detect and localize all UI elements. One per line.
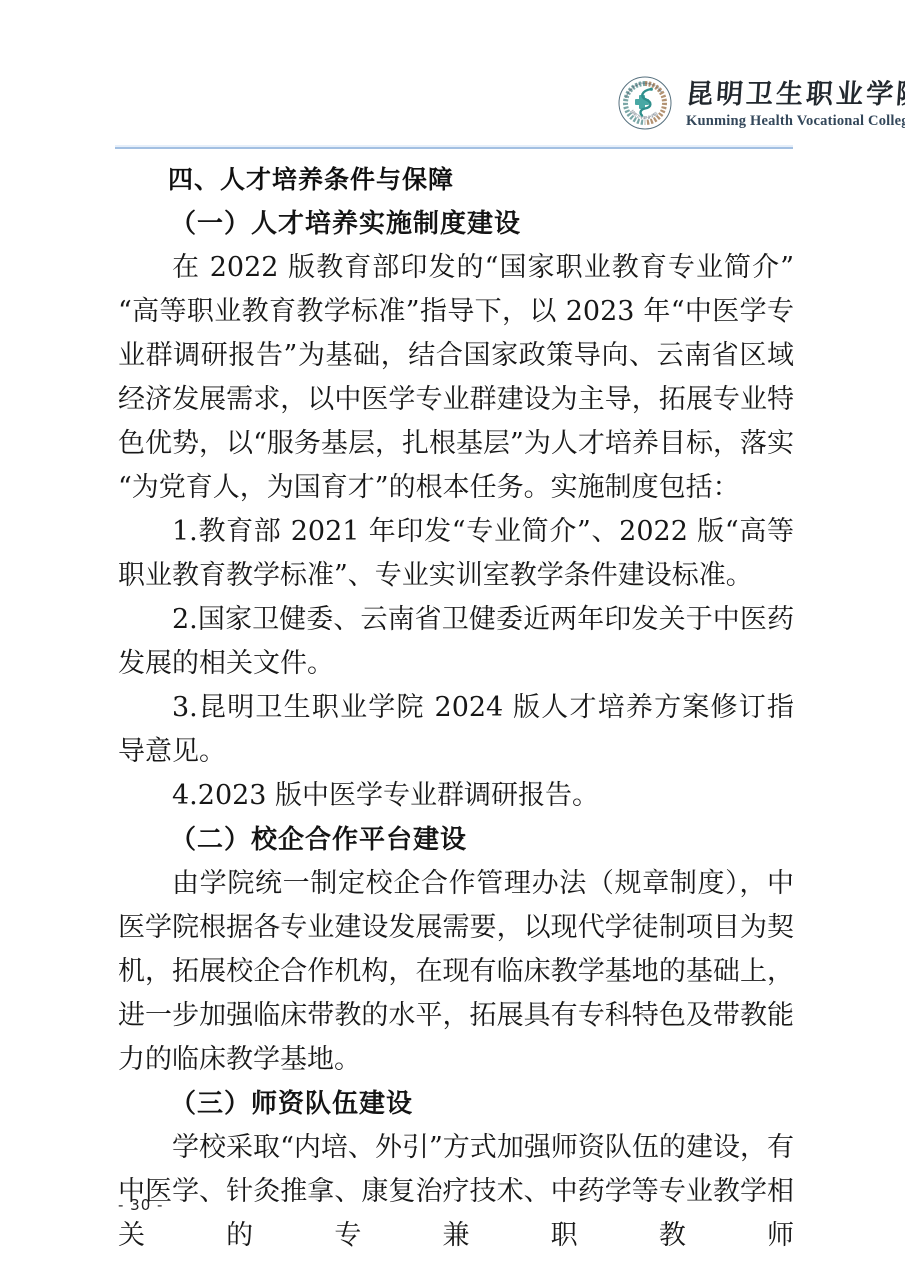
paragraph-item-1: 1.教育部 2021 年印发“专业简介”、2022 版“高等职业教育教学标准”、… [118, 510, 794, 598]
page-number: - 30 - [118, 1196, 163, 1214]
document-body: 四、人才培养条件与保障 （一）人才培养实施制度建设 在 2022 版教育部印发的… [118, 158, 794, 1258]
document-page: Kunming Health Vocational College 昆明卫生职业… [0, 0, 905, 1280]
college-name-en: Kunming Health Vocational College [686, 113, 905, 130]
section-heading-4: 四、人才培养条件与保障 [118, 158, 794, 202]
subsection-heading-3: （三）师资队伍建设 [118, 1082, 794, 1126]
header-divider [115, 147, 793, 149]
paragraph-intro: 在 2022 版教育部印发的“国家职业教育专业简介”“高等职业教育教学标准”指导… [118, 246, 794, 510]
college-seal-icon: Kunming Health Vocational College 昆明卫生职业… [618, 76, 672, 130]
paragraph-faculty: 学校采取“内培、外引”方式加强师资队伍的建设，有中医学、针灸推拿、康复治疗技术、… [118, 1126, 794, 1258]
college-title-block: 昆明卫生职业学院 Kunming Health Vocational Colle… [686, 80, 905, 130]
paragraph-item-4: 4.2023 版中医学专业群调研报告。 [118, 774, 794, 818]
subsection-heading-1: （一）人才培养实施制度建设 [118, 202, 794, 246]
subsection-heading-2: （二）校企合作平台建设 [118, 818, 794, 862]
paragraph-cooperation: 由学院统一制定校企合作管理办法（规章制度），中医学院根据各专业建设发展需要，以现… [118, 862, 794, 1082]
paragraph-item-2: 2.国家卫健委、云南省卫健委近两年印发关于中医药发展的相关文件。 [118, 598, 794, 686]
college-name-zh: 昆明卫生职业学院 [685, 80, 905, 110]
page-header: Kunming Health Vocational College 昆明卫生职业… [0, 0, 905, 150]
paragraph-item-3: 3.昆明卫生职业学院 2024 版人才培养方案修订指导意见。 [118, 686, 794, 774]
